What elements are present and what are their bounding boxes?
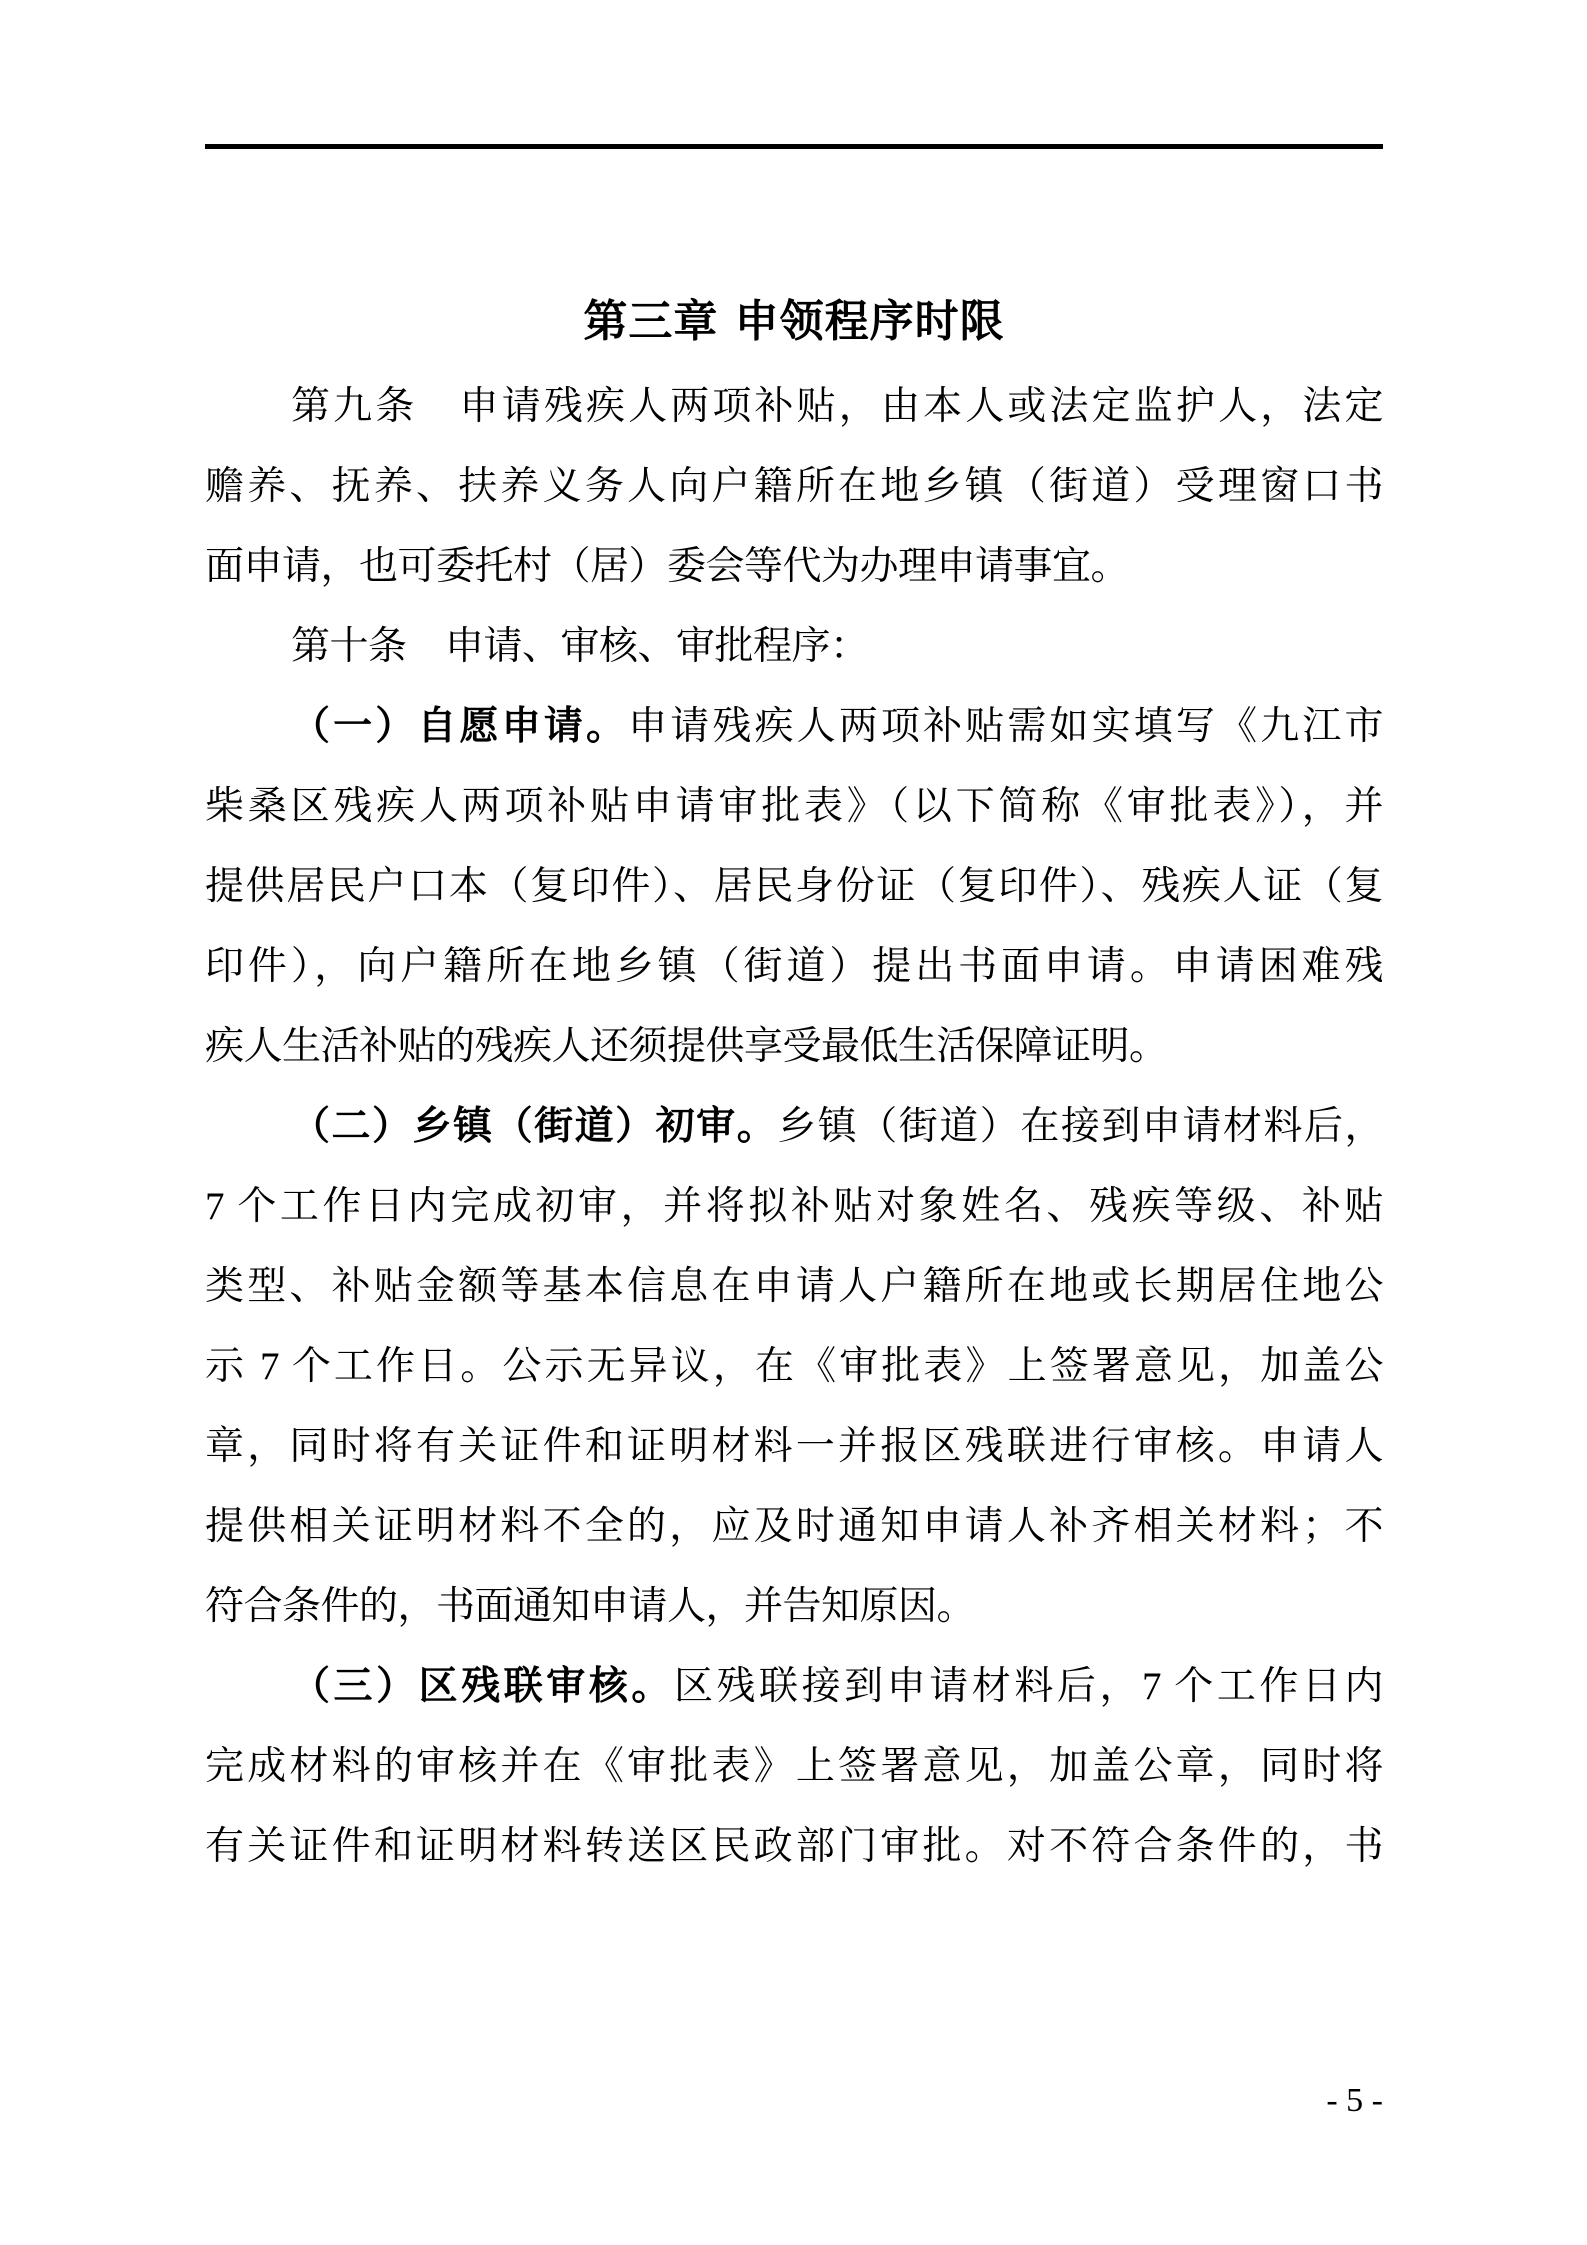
text-run: 有关证件和证明材料转送区民政部门审批。对不符合条件的，书	[205, 1825, 1383, 1868]
text-run: 印件），向户籍所在地乡镇（街道）提出书面申请。申请困难残	[205, 945, 1383, 988]
text-run: 柴桑区残疾人两项补贴申请审批表》（以下简称《审批表》），并	[205, 785, 1383, 828]
bold-run: （一）自愿申请。	[291, 705, 628, 748]
text-line: 完成材料的审核并在《审批表》上签署意见，加盖公章，同时将	[205, 1727, 1383, 1807]
text-run: 章，同时将有关证件和证明材料一并报区残联进行审核。申请人	[205, 1425, 1383, 1468]
text-line: （二）乡镇（街道）初审。乡镇（街道）在接到申请材料后，	[205, 1087, 1383, 1167]
text-line: 示 7 个工作日。公示无异议，在《审批表》上签署意见，加盖公	[205, 1327, 1383, 1407]
text-line: 疾人生活补贴的残疾人还须提供享受最低生活保障证明。	[205, 1007, 1383, 1087]
text-run: 面申请，也可委托村（居）委会等代为办理申请事宜。	[205, 545, 1129, 588]
text-line: 类型、补贴金额等基本信息在申请人户籍所在地或长期居住地公	[205, 1247, 1383, 1327]
bold-run: （二）乡镇（街道）初审。	[291, 1105, 777, 1148]
text-run: 第九条 申请残疾人两项补贴，由本人或法定监护人，法定	[291, 385, 1383, 428]
document-page: 第三章 申领程序时限 第九条 申请残疾人两项补贴，由本人或法定监护人，法定赡养、…	[0, 0, 1587, 2245]
text-run: 提供居民户口本（复印件）、居民身份证（复印件）、残疾人证（复	[205, 865, 1383, 908]
text-run: 完成材料的审核并在《审批表》上签署意见，加盖公章，同时将	[205, 1745, 1383, 1788]
bold-run: （三）区残联审核。	[291, 1665, 674, 1708]
text-line: 7 个工作日内完成初审，并将拟补贴对象姓名、残疾等级、补贴	[205, 1167, 1383, 1247]
text-line: （一）自愿申请。申请残疾人两项补贴需如实填写《九江市	[205, 687, 1383, 767]
text-run: 7 个工作日内完成初审，并将拟补贴对象姓名、残疾等级、补贴	[205, 1185, 1383, 1228]
text-line: 第九条 申请残疾人两项补贴，由本人或法定监护人，法定	[205, 367, 1383, 447]
text-line: 面申请，也可委托村（居）委会等代为办理申请事宜。	[205, 527, 1383, 607]
body-text: 第九条 申请残疾人两项补贴，由本人或法定监护人，法定赡养、抚养、扶养义务人向户籍…	[205, 367, 1383, 1887]
text-line: 提供居民户口本（复印件）、居民身份证（复印件）、残疾人证（复	[205, 847, 1383, 927]
text-line: 印件），向户籍所在地乡镇（街道）提出书面申请。申请困难残	[205, 927, 1383, 1007]
header-rule	[205, 144, 1383, 149]
text-run: 示 7 个工作日。公示无异议，在《审批表》上签署意见，加盖公	[205, 1345, 1383, 1388]
text-run: 乡镇（街道）在接到申请材料后，	[777, 1105, 1383, 1148]
text-run: 提供相关证明材料不全的，应及时通知申请人补齐相关材料；不	[205, 1505, 1383, 1548]
text-run: 第十条 申请、审核、审批程序：	[291, 625, 869, 668]
text-run: 类型、补贴金额等基本信息在申请人户籍所在地或长期居住地公	[205, 1265, 1383, 1308]
text-line: 符合条件的，书面通知申请人，并告知原因。	[205, 1567, 1383, 1647]
text-line: （三）区残联审核。区残联接到申请材料后，7 个工作日内	[205, 1647, 1383, 1727]
text-line: 第十条 申请、审核、审批程序：	[205, 607, 1383, 687]
page-number: - 5 -	[205, 2078, 1383, 2124]
text-line: 有关证件和证明材料转送区民政部门审批。对不符合条件的，书	[205, 1807, 1383, 1887]
text-line: 提供相关证明材料不全的，应及时通知申请人补齐相关材料；不	[205, 1487, 1383, 1567]
text-line: 柴桑区残疾人两项补贴申请审批表》（以下简称《审批表》），并	[205, 767, 1383, 847]
text-run: 区残联接到申请材料后，7 个工作日内	[674, 1665, 1383, 1708]
text-run: 符合条件的，书面通知申请人，并告知原因。	[205, 1585, 975, 1628]
text-run: 赡养、抚养、扶养义务人向户籍所在地乡镇（街道）受理窗口书	[205, 465, 1383, 508]
text-line: 赡养、抚养、扶养义务人向户籍所在地乡镇（街道）受理窗口书	[205, 447, 1383, 527]
text-run: 申请残疾人两项补贴需如实填写《九江市	[628, 705, 1383, 748]
text-line: 章，同时将有关证件和证明材料一并报区残联进行审核。申请人	[205, 1407, 1383, 1487]
text-run: 疾人生活补贴的残疾人还须提供享受最低生活保障证明。	[205, 1025, 1168, 1068]
chapter-title: 第三章 申领程序时限	[205, 290, 1383, 354]
